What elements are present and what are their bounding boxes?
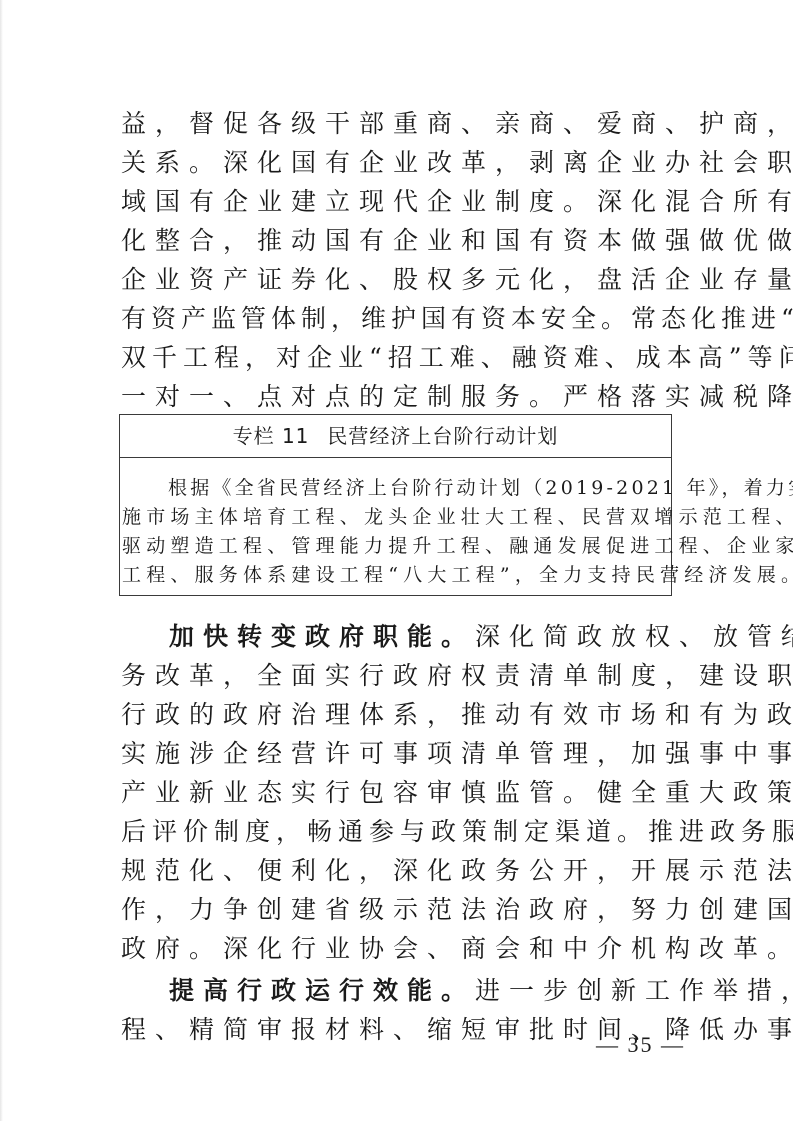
text-line: 企业资产证券化、股权多元化，盘活企业存量资产。完善国 (121, 260, 673, 299)
text-line: 规范化、便利化，深化政务公开，开展示范法治政府创建工 (121, 851, 673, 890)
text-line: 行政的政府治理体系，推动有效市场和有为政府更好结合。 (121, 695, 673, 734)
text-line: 政府。深化行业协会、商会和中介机构改革。 (121, 929, 673, 968)
paragraph-heading: 提高行政运行效能。 (169, 976, 475, 1005)
text-line: 有资产监管体制，维护国有资本安全。常态化推进“四送一服” (121, 299, 673, 338)
box-text-line: 驱动塑造工程、管理能力提升工程、融通发展促进工程、企业家培育 (122, 532, 671, 561)
text-line: 关系。深化国有企业改革，剥离企业办社会职能，推进各领 (121, 143, 673, 182)
column-box: 专栏 11民营经济上台阶行动计划 根据《全省民营经济上台阶行动计划（2019-2… (119, 414, 672, 596)
paragraph-government-functions: 加快转变政府职能。深化简政放权、放管结合、优化服 务改革，全面实行政府权责清单制… (121, 617, 673, 968)
text-line: 程、精简审报材料、缩短审批时间、降低办事成本，提高政 (121, 1010, 673, 1049)
text-line: 务改革，全面实行政府权责清单制度，建设职责明确、依法 (121, 656, 673, 695)
text-line: 益，督促各级干部重商、亲商、爱商、护商，构建亲清政商 (121, 104, 673, 143)
paragraph-soe-reform: 益，督促各级干部重商、亲商、爱商、护商，构建亲清政商 关系。深化国有企业改革，剥… (121, 104, 673, 416)
text-line: 实施涉企经营许可事项清单管理，加强事中事后监管，对新 (121, 734, 673, 773)
text-span: 进一步创新工作举措，优化审批流 (475, 976, 793, 1005)
page-edge-shadow (0, 0, 3, 1121)
text-line: 域国有企业建立现代企业制度。深化混合所有制改革和专业 (121, 182, 673, 221)
text-line: 作，力争创建省级示范法治政府，努力创建国家级示范法治 (121, 890, 673, 929)
column-box-header: 专栏 11民营经济上台阶行动计划 (120, 415, 671, 458)
text-line: 化整合，推动国有企业和国有资本做强做优做大。推进国有 (121, 221, 673, 260)
page-number: — 35 — (596, 1032, 685, 1058)
text-line: 双千工程，对企业“招工难、融资难、成本高”等问题，开展 (121, 338, 673, 377)
box-text-line: 根据《全省民营经济上台阶行动计划（2019-2021 年》，着力实 (122, 474, 671, 503)
column-box-body: 根据《全省民营经济上台阶行动计划（2019-2021 年》，着力实 施市场主体培… (120, 458, 671, 590)
box-text-line: 施市场主体培育工程、龙头企业壮大工程、民营双增示范工程、创新 (122, 503, 671, 532)
column-box-label: 专栏 11 (233, 424, 310, 448)
text-span: 深化简政放权、放管结合、优化服 (475, 622, 793, 651)
column-box-title: 民营经济上台阶行动计划 (327, 424, 558, 448)
paragraph-administrative-efficiency: 提高行政运行效能。进一步创新工作举措，优化审批流 程、精简审报材料、缩短审批时间… (121, 971, 673, 1049)
box-text-line: 工程、服务体系建设工程“八大工程”，全力支持民营经济发展。 (122, 561, 671, 590)
text-line: 产业新业态实行包容审慎监管。健全重大政策事前评估和事 (121, 773, 673, 812)
paragraph-heading: 加快转变政府职能。 (169, 622, 475, 651)
text-line: 后评价制度，畅通参与政策制定渠道。推进政务服务标准化、 (121, 812, 673, 851)
text-line: 提高行政运行效能。进一步创新工作举措，优化审批流 (121, 971, 673, 1010)
text-line: 加快转变政府职能。深化简政放权、放管结合、优化服 (121, 617, 673, 656)
text-line: 一对一、点对点的定制服务。严格落实减税降费政策。 (121, 377, 673, 416)
